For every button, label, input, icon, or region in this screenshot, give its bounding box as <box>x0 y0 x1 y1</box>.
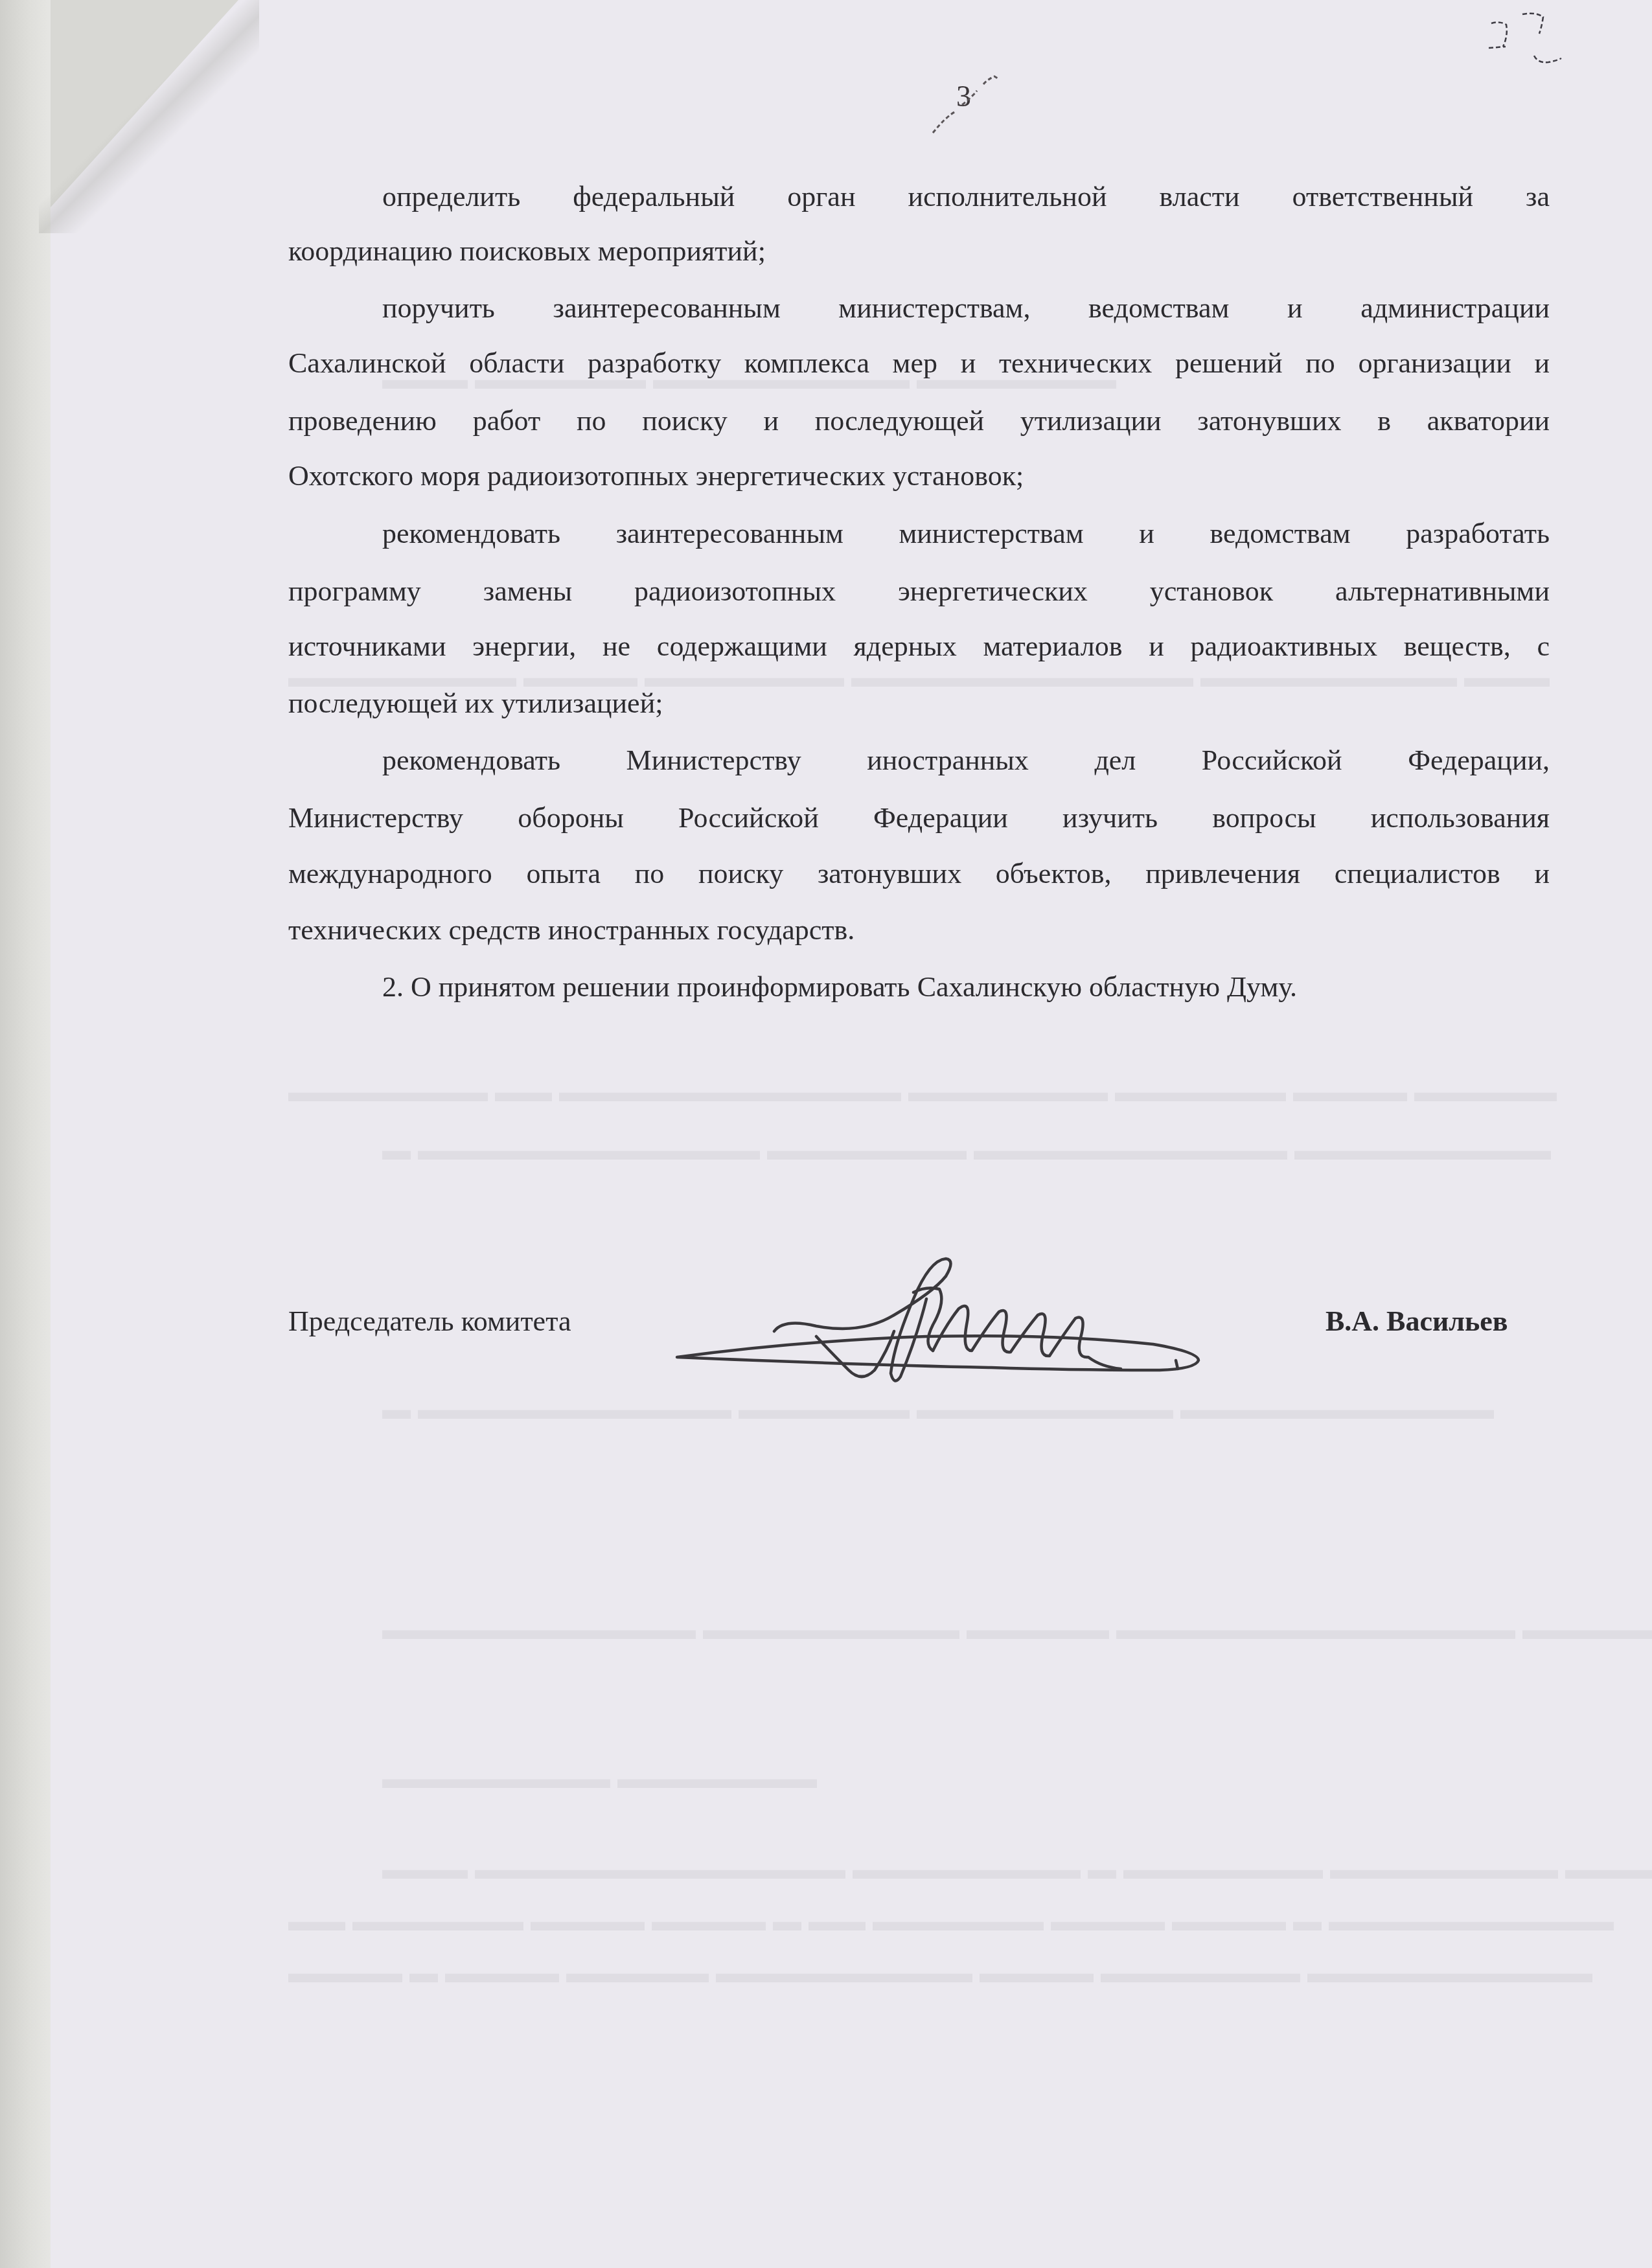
paper-sheet <box>51 0 1652 2268</box>
scanned-page: ▬▬▬ ▬▬▬▬▬▬ ▬▬▬▬▬▬▬▬▬ ▬▬▬▬▬▬▬ ▬▬▬▬▬▬▬▬ ▬▬… <box>0 0 1652 2268</box>
paragraph-4-line-1: рекомендовать Министерству иностранных д… <box>382 746 1550 775</box>
signatory-name: В.А. Васильев <box>1325 1307 1508 1336</box>
paragraph-5-line-1: 2. О принятом решении проинформировать С… <box>382 973 1297 1002</box>
paragraph-2-line-2: Сахалинской области разработку комплекса… <box>288 349 1550 378</box>
scanner-margin <box>0 0 51 2268</box>
paragraph-1-line-1: определить федеральный орган исполнитель… <box>382 183 1550 211</box>
page-number: 3 <box>956 79 971 113</box>
paragraph-2-line-3: проведению работ по поиску и последующей… <box>288 407 1550 435</box>
paragraph-2-line-1: поручить заинтересованным министерствам,… <box>382 294 1550 323</box>
paragraph-1-line-2: координацию поисковых мероприятий; <box>288 237 766 266</box>
paragraph-4-line-3: международного опыта по поиску затонувши… <box>288 860 1550 888</box>
paragraph-3-line-1: рекомендовать заинтересованным министерс… <box>382 520 1550 548</box>
paragraph-4-line-2: Министерству обороны Российской Федераци… <box>288 804 1550 832</box>
paragraph-4-line-4: технических средств иностранных государс… <box>288 916 855 945</box>
paragraph-3-line-4: последующей их утилизацией; <box>288 689 663 718</box>
paragraph-3-line-3: источниками энергии, не содержащими ядер… <box>288 632 1550 661</box>
signatory-position: Председатель комитета <box>288 1307 571 1336</box>
paragraph-2-line-4: Охотского моря радиоизотопных энергетиче… <box>288 462 1024 490</box>
paragraph-3-line-2: программу замены радиоизотопных энергети… <box>288 577 1550 606</box>
